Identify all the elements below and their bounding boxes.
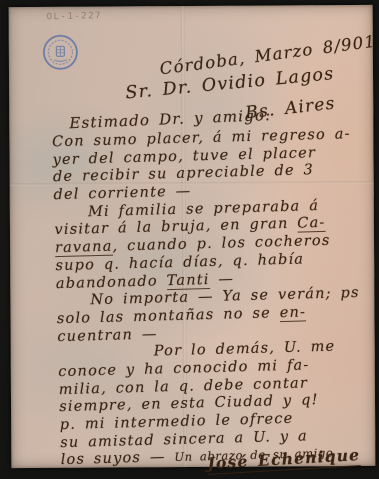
line-segment: Ca- — [297, 215, 326, 233]
line-segment: Tanti — [166, 272, 209, 290]
letter-paper: OL-1-227 Córdoba, Marzo 8/901 Sr. Dr. Ov… — [9, 5, 376, 468]
line-segment: del corriente — — [53, 184, 191, 204]
line-segment: los suyos — — [61, 449, 175, 468]
line-segment: cuentran — — [57, 326, 158, 345]
letter-body: Con sumo placer, á mi regreso a-yer del … — [52, 126, 379, 471]
line-segment: ravana — [55, 239, 113, 258]
catalog-number: OL-1-227 — [47, 11, 103, 22]
line-segment: en- — [280, 304, 307, 322]
line-segment: abandonado — [56, 273, 167, 292]
library-stamp-seal-icon — [42, 34, 79, 71]
line-segment: — — [209, 271, 234, 288]
